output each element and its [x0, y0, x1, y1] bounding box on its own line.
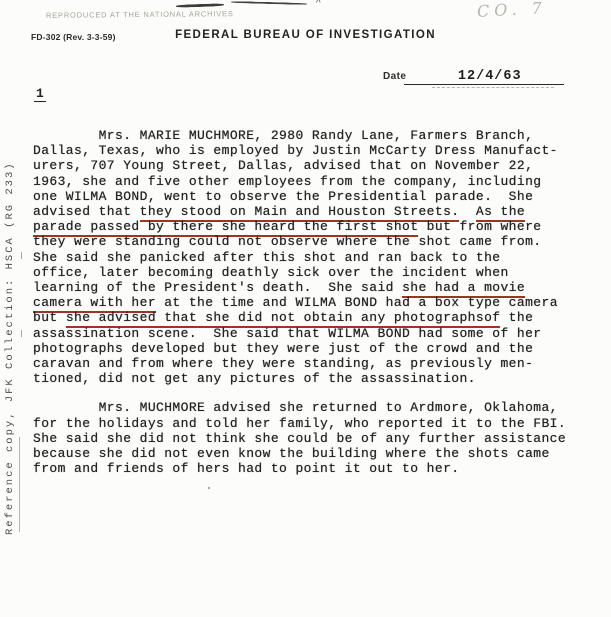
- text-segment: urers, 707 Young Street, Dallas, advised…: [33, 158, 533, 173]
- date-label: Date: [383, 71, 406, 82]
- date-underline: [404, 84, 564, 85]
- text-segment: Dallas, Texas, who is employed by Justin…: [33, 143, 558, 158]
- text-segment: She said she did not think she could be …: [33, 431, 566, 446]
- text-segment: 1963, she and five other employees from …: [33, 174, 541, 189]
- text-segment: office, later becoming deathly sick over…: [33, 265, 509, 280]
- document-line: they were standing could not observe whe…: [33, 234, 593, 249]
- text-segment: for the holidays and told her family, wh…: [33, 416, 566, 431]
- paragraph: Mrs. MARIE MUCHMORE, 2980 Randy Lane, Fa…: [33, 128, 593, 386]
- document-line: She said she panicked after this shot an…: [33, 250, 593, 265]
- margin-scan-line: [19, 437, 20, 532]
- text-segment: caravan and from where they were standin…: [33, 356, 533, 371]
- document-line: for the holidays and told her family, wh…: [33, 416, 593, 431]
- margin-note: Reference copy, JFK Collection: HSCA (RG…: [4, 161, 16, 535]
- document-line: urers, 707 Young Street, Dallas, advised…: [33, 158, 593, 173]
- document-line: learning of the President's death. She s…: [33, 280, 593, 295]
- document-line: because she did not even know the buildi…: [33, 446, 593, 461]
- document-line: assassination scene. She said that WILMA…: [33, 326, 593, 341]
- text-segment: but from where: [418, 219, 541, 234]
- document-line: but she advised that she did not obtain …: [33, 310, 593, 325]
- margin-scan-dash: [21, 252, 22, 259]
- text-segment: assassination scene. She said that WILMA…: [33, 326, 541, 341]
- ink-smudge: [176, 3, 224, 8]
- ink-smudge: [231, 1, 307, 5]
- text-segment: the: [500, 310, 533, 325]
- date-value: 12/4/63: [458, 69, 522, 84]
- document-line: tioned, did not get any pictures of the …: [33, 371, 593, 386]
- text-segment: they were standing could not observe whe…: [33, 234, 541, 249]
- page-number: 1: [34, 86, 46, 102]
- text-segment: because she did not even know the buildi…: [33, 446, 550, 461]
- text-segment: She said she panicked after this shot an…: [33, 250, 500, 265]
- document-line: Mrs. MARIE MUCHMORE, 2980 Randy Lane, Fa…: [33, 128, 593, 143]
- document-line: 1963, she and five other employees from …: [33, 174, 593, 189]
- document-line: caravan and from where they were standin…: [33, 356, 593, 371]
- text-segment: from and friends of hers had to point it…: [33, 461, 459, 476]
- text-segment: [459, 204, 475, 219]
- text-segment: Mrs. MARIE MUCHMORE, 2980 Randy Lane, Fa…: [33, 128, 533, 143]
- document-line: She said she did not think she could be …: [33, 431, 593, 446]
- document-body: Mrs. MARIE MUCHMORE, 2980 Randy Lane, Fa…: [33, 128, 593, 476]
- page-title: FEDERAL BUREAU OF INVESTIGATION: [0, 29, 611, 41]
- document-line: Dallas, Texas, who is employed by Justin…: [33, 143, 593, 158]
- text-segment: one WILMA BOND, went to observe the Pres…: [33, 189, 533, 204]
- document-line: from and friends of hers had to point it…: [33, 461, 593, 476]
- text-segment: advised that: [33, 204, 140, 219]
- text-segment: but: [33, 310, 66, 325]
- date-row: Date 12/4/63: [383, 66, 522, 84]
- handwritten-mark: CO. 7: [477, 0, 548, 21]
- margin-scan-dash: [21, 330, 22, 337]
- document-line: camera with her at the time and WILMA BO…: [33, 295, 593, 310]
- text-segment: at the time and WILMA BOND had a box typ…: [156, 295, 558, 310]
- document-line: photographs developed but they were just…: [33, 341, 593, 356]
- text-segment: photographs developed but they were just…: [33, 341, 533, 356]
- text-segment: tioned, did not get any pictures of the …: [33, 371, 476, 386]
- paragraph: Mrs. MUCHMORE advised she returned to Ar…: [33, 400, 593, 476]
- text-segment: learning of the President's death. She s…: [33, 280, 402, 295]
- archives-stamp: REPRODUCED AT THE NATIONAL ARCHIVES: [46, 9, 234, 20]
- document-line: advised that they stood on Main and Hous…: [33, 204, 593, 219]
- paper-speck: [208, 487, 210, 489]
- document-line: Mrs. MUCHMORE advised she returned to Ar…: [33, 400, 593, 415]
- document-line: one WILMA BOND, went to observe the Pres…: [33, 189, 593, 204]
- document-page: ^ REPRODUCED AT THE NATIONAL ARCHIVES CO…: [0, 0, 611, 617]
- ink-caret-mark: ^: [316, 0, 321, 9]
- document-line: office, later becoming deathly sick over…: [33, 265, 593, 280]
- date-underline-faint: [432, 87, 554, 88]
- text-segment: Mrs. MUCHMORE advised she returned to Ar…: [33, 400, 558, 415]
- document-line: parade passed by there she heard the fir…: [33, 219, 593, 234]
